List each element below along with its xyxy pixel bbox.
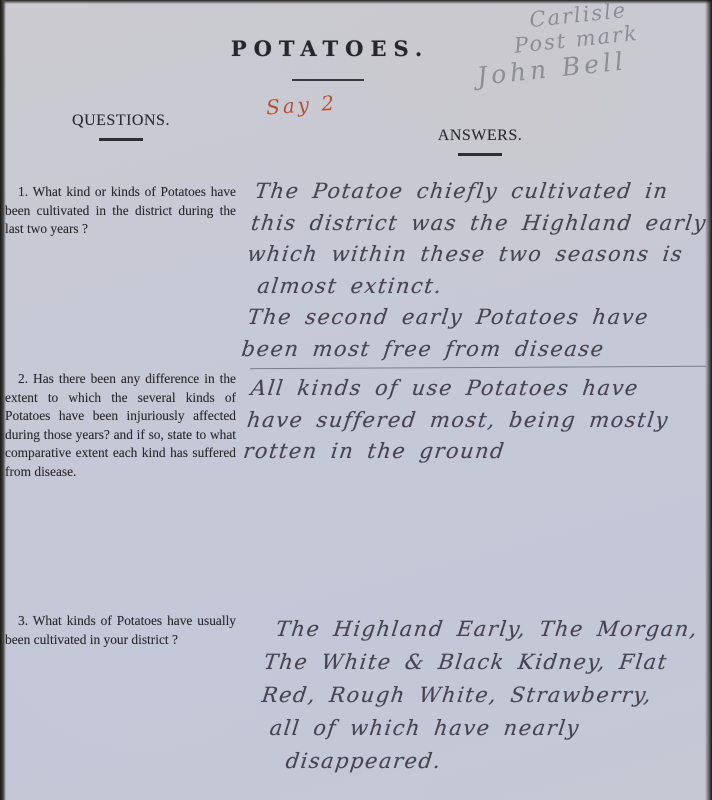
answer-line: this district was the Highland early xyxy=(249,208,712,240)
red-ink-annotation: Say 2 xyxy=(265,91,338,120)
answer-line: All kinds of use Potatoes have xyxy=(249,373,712,405)
answer-line: Red, Rough White, Strawberry, xyxy=(260,679,710,712)
answer-line: The White & Black Kidney, Flat xyxy=(262,646,712,679)
question-1-text: 1. What kind or kinds of Potatoes have b… xyxy=(5,183,236,239)
answer-line: which within these two seasons is xyxy=(245,239,709,271)
answer-line: almost extinct. xyxy=(256,271,706,303)
answer-2-handwriting: All kinds of use Potatoes have have suff… xyxy=(241,373,712,468)
question-3-text: 3. What kinds of Potatoes have usually b… xyxy=(5,612,236,649)
questions-header-rule xyxy=(99,138,143,141)
question-2-text: 2. Has there been any difference in the … xyxy=(5,370,236,482)
answer-3-handwriting: The Highland Early, The Morgan, The Whit… xyxy=(258,613,712,778)
answer-line: all of which have nearly xyxy=(268,712,706,745)
answer-line: The Highland Early, The Morgan, xyxy=(274,613,712,646)
pencil-annotation: Carlisle Post mark John Bell xyxy=(467,0,712,91)
answer-line: rotten in the ground xyxy=(241,436,705,468)
answer-line: been most free from disease xyxy=(240,334,698,366)
questions-header-label: QUESTIONS. xyxy=(72,112,170,129)
title-rule xyxy=(292,79,364,81)
answers-header-label: ANSWERS. xyxy=(438,127,522,144)
answer-line: The Potatoe chiefly cultivated in xyxy=(253,176,712,208)
answers-column-header: ANSWERS. xyxy=(380,127,580,156)
questions-column-header: QUESTIONS. xyxy=(6,112,236,141)
answer-line: disappeared. xyxy=(284,745,702,778)
answer-line: have suffered most, being mostly xyxy=(245,405,709,437)
questionnaire-scan-page: POTATOES. Carlisle Post mark John Bell S… xyxy=(0,0,712,800)
handwritten-separator-rule xyxy=(250,366,706,369)
answer-line: The second early Potatoes have xyxy=(246,302,702,334)
answer-1-handwriting: The Potatoe chiefly cultivated in this d… xyxy=(234,176,712,365)
answers-header-rule xyxy=(458,153,502,156)
